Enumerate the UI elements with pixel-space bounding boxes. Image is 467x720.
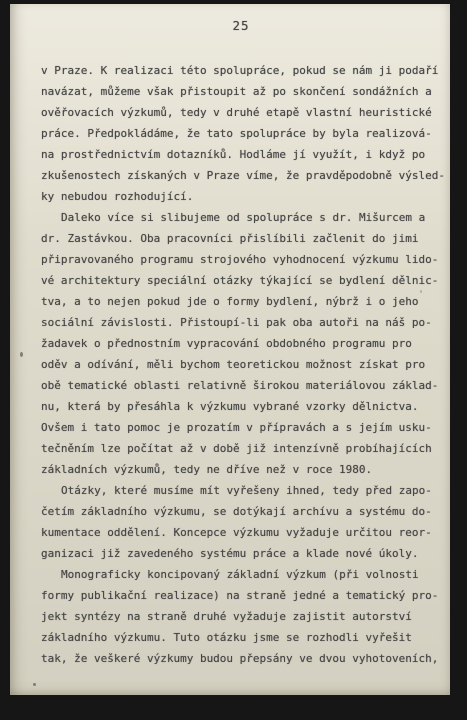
text-line: sociální závislosti. Přistoupí-li pak ob…	[41, 312, 443, 333]
text-line: tečněním lze počítat až v době již inten…	[41, 438, 443, 459]
paragraph: Otázky, které musíme mít vyřešeny ihned,…	[41, 480, 443, 564]
text-line: četím základního výzkumu, se dotýkají ar…	[41, 501, 443, 522]
text-line: základního výzkumu. Tuto otázku jsme se …	[41, 627, 443, 648]
paragraph: Monograficky koncipovaný základní výzkum…	[41, 564, 443, 669]
text-line: Monograficky koncipovaný základní výzkum…	[41, 564, 443, 585]
text-line: v Praze. K realizaci této spolupráce, po…	[41, 60, 443, 81]
text-line: vé architektury speciální otázky týkajíc…	[41, 270, 443, 291]
page-number: 25	[41, 18, 441, 33]
scan-speck	[20, 352, 23, 357]
text-line: základních výzkumů, tedy ne dříve než v …	[41, 459, 443, 480]
text-line: žadavek o přednostním vypracování obdobn…	[41, 333, 443, 354]
text-line: práce. Předpokládáme, že tato spolupráce…	[41, 123, 443, 144]
document-page: 25 v Praze. K realizaci této spolupráce,…	[10, 4, 450, 695]
text-line: jekt syntézy na straně druhé vyžaduje za…	[41, 606, 443, 627]
text-line: tak, že veškeré výzkumy budou přepsány v…	[41, 648, 443, 669]
text-line: ověřovacích výzkumů, tedy v druhé etapě …	[41, 102, 443, 123]
text-line: Daleko více si slibujeme od spolupráce s…	[41, 207, 443, 228]
text-line: obě tematické oblasti relativně širokou …	[41, 375, 443, 396]
text-line: oděv a odívání, měli bychom teoretickou …	[41, 354, 443, 375]
scan-background: 25 v Praze. K realizaci této spolupráce,…	[0, 0, 467, 720]
scan-speck	[420, 290, 422, 293]
text-line: navázat, můžeme však přistoupit až po sk…	[41, 81, 443, 102]
text-line: ganizaci již zavedeného systému práce a …	[41, 543, 443, 564]
paragraph: Daleko více si slibujeme od spolupráce s…	[41, 207, 443, 480]
text-line: Ovšem i tato pomoc je prozatím v příprav…	[41, 417, 443, 438]
text-line: tva, a to nejen pokud jde o formy bydlen…	[41, 291, 443, 312]
scan-speck	[33, 683, 36, 686]
text-line: Otázky, které musíme mít vyřešeny ihned,…	[41, 480, 443, 501]
text-line: ky nebudou rozhodující.	[41, 186, 443, 207]
text-line: připravovaného programu strojového vyhod…	[41, 249, 443, 270]
page-text-block: v Praze. K realizaci této spolupráce, po…	[41, 60, 443, 669]
text-line: nu, která by přesáhla k výzkumu vybrané …	[41, 396, 443, 417]
paragraph: v Praze. K realizaci této spolupráce, po…	[41, 60, 443, 207]
text-line: zkušenostech získaných v Praze víme, že …	[41, 165, 443, 186]
text-line: dr. Zastávkou. Oba pracovníci přislíbili…	[41, 228, 443, 249]
text-line: kumentace oddělení. Koncepce výzkumu vyž…	[41, 522, 443, 543]
text-line: na prostřednictvím dotazníků. Hodláme jí…	[41, 144, 443, 165]
text-line: formy publikační realizace) na straně je…	[41, 585, 443, 606]
